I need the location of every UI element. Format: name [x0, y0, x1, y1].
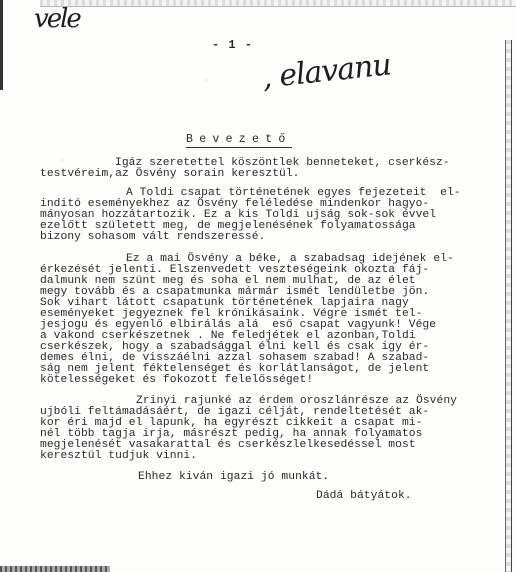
signature: Dádá bátyátok. — [316, 490, 412, 502]
text-line: kötelességeket és fokozott felelősséget! — [40, 374, 313, 386]
text-line: Ehhez kiván igazi jó munkát. — [138, 471, 329, 483]
document-body: Igáz szeretettel köszöntlek benneteket, … — [0, 0, 516, 572]
text-line: keresztül tudjuk vinni. — [40, 450, 197, 462]
scanned-page: vele , elavanu - 1 - Bevezető Igáz szere… — [0, 0, 516, 572]
text-line: bizony sohasom vált rendszeressé. — [40, 231, 265, 243]
text-line: testvéreim,az Ösvény sorain keresztül. — [40, 168, 300, 180]
